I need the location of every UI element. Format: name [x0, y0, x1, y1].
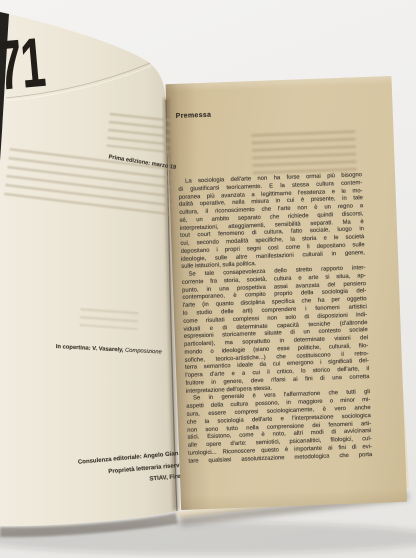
- right-page: Premessa La sociologia dell'arte non ha …: [166, 76, 407, 510]
- book-photo: Premessa La sociologia dell'arte non ha …: [0, 0, 416, 558]
- show-through-text: [251, 130, 356, 174]
- preface-heading: Premessa: [176, 112, 212, 120]
- body-lines: La sociologia dell'arte non ha forse orm…: [178, 172, 372, 466]
